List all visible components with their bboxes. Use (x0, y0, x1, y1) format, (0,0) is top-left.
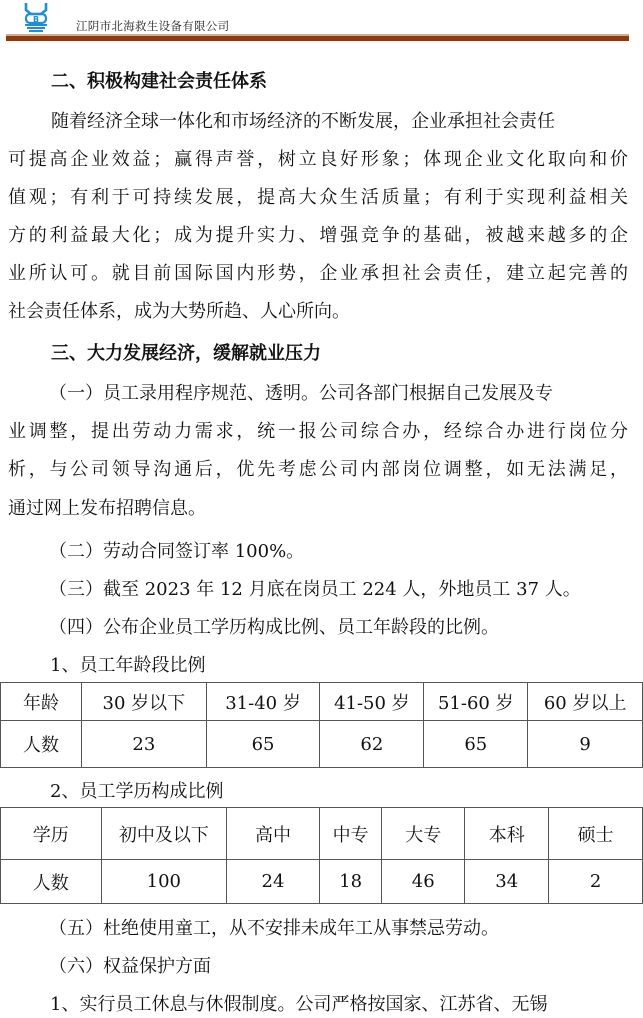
section3-heading: 三、大力发展经济，缓解就业压力 (0, 342, 643, 366)
item-5: （五）杜绝使用童工，从不安排未成年工从事禁忌劳动。 (0, 917, 643, 941)
item-2: （二）劳动合同签订率 100%。 (0, 540, 643, 564)
table-cell: 18 (319, 860, 381, 904)
table-cell: 9 (528, 721, 643, 768)
age-table: 年龄 30 岁以下 31-40 岁 41-50 岁 51-60 岁 60 岁以上… (0, 682, 643, 768)
edu-table-title: 2、员工学历构成比例 (50, 780, 643, 804)
table-cell: 人数 (1, 721, 82, 768)
age-table-title: 1、员工年龄段比例 (50, 654, 643, 678)
table-cell: 中专 (319, 808, 381, 860)
table-cell: 46 (382, 860, 465, 904)
table-cell: 65 (206, 721, 320, 768)
table-cell: 31-40 岁 (206, 683, 320, 721)
table-cell: 51-60 岁 (424, 683, 528, 721)
table-cell: 34 (465, 860, 549, 904)
svg-text:B: B (33, 15, 39, 24)
paragraph-line: 业所认可。就目前国际国内形势，企业承担社会责任，建立起完善的 (8, 262, 628, 286)
table-cell: 62 (320, 721, 424, 768)
table-cell: 65 (424, 721, 528, 768)
age-table-value-row: 人数 23 65 62 65 9 (1, 721, 643, 768)
table-cell: 2 (549, 860, 643, 904)
education-table: 学历 初中及以下 高中 中专 大专 本科 硕士 人数 100 24 18 46 … (0, 807, 643, 904)
section2-heading: 二、积极构建社会责任体系 (0, 70, 643, 94)
paragraph-line: 社会责任体系，成为大势所趋、人心所向。 (8, 300, 643, 324)
table-cell: 23 (82, 721, 207, 768)
table-cell: 高中 (227, 808, 320, 860)
page-header: B 江阴市北海救生设备有限公司 (0, 0, 643, 46)
paragraph-line: 值观；有利于可持续发展，提高大众生活质量；有利于实现利益相关 (8, 186, 628, 210)
item-4: （四）公布企业员工学历构成比例、员工年龄段的比例。 (0, 616, 643, 640)
paragraph-line: 通过网上发布招聘信息。 (8, 497, 643, 521)
paragraph-line: （一）员工录用程序规范、透明。公司各部门根据自己发展及专 (0, 382, 643, 406)
paragraph-line: 可提高企业效益；赢得声誉，树立良好形象；体现企业文化取向和价 (8, 148, 628, 172)
table-cell: 硕士 (549, 808, 643, 860)
header-rule-thick (6, 36, 629, 41)
table-cell: 人数 (1, 860, 102, 904)
table-cell: 本科 (465, 808, 549, 860)
table-cell: 30 岁以下 (82, 683, 207, 721)
item-3: （三）截至 2023 年 12 月底在岗员工 224 人，外地员工 37 人。 (0, 578, 643, 602)
edu-table-value-row: 人数 100 24 18 46 34 2 (1, 860, 643, 904)
paragraph-line: 业调整，提出劳动力需求，统一报公司综合办，经综合办进行岗位分 (8, 420, 628, 444)
item-6-1: 1、实行员工休息与休假制度。公司严格按国家、江苏省、无锡 (50, 993, 643, 1017)
table-cell: 大专 (382, 808, 465, 860)
age-table-header-row: 年龄 30 岁以下 31-40 岁 41-50 岁 51-60 岁 60 岁以上 (1, 683, 643, 721)
table-cell: 60 岁以上 (528, 683, 643, 721)
company-name: 江阴市北海救生设备有限公司 (76, 18, 229, 34)
table-cell: 100 (101, 860, 226, 904)
table-cell: 41-50 岁 (320, 683, 424, 721)
table-cell: 年龄 (1, 683, 82, 721)
paragraph-line: 析，与公司领导沟通后，优先考虑公司内部岗位调整，如无法满足， (8, 458, 628, 482)
table-cell: 学历 (1, 808, 102, 860)
paragraph-line: 方的利益最大化；成为提升实力、增强竞争的基础，被越来越多的企 (8, 224, 628, 248)
item-6: （六）权益保护方面 (0, 955, 643, 979)
edu-table-header-row: 学历 初中及以下 高中 中专 大专 本科 硕士 (1, 808, 643, 860)
table-cell: 初中及以下 (101, 808, 226, 860)
table-cell: 24 (227, 860, 320, 904)
company-logo-icon: B (23, 2, 49, 32)
paragraph-line: 随着经济全球一体化和市场经济的不断发展，企业承担社会责任 (0, 110, 643, 134)
